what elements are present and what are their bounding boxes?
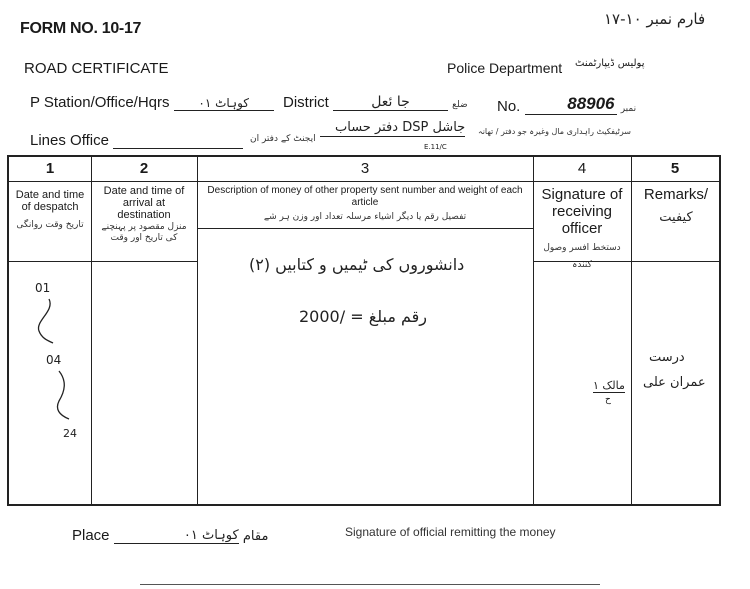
- row-divider: [197, 228, 533, 229]
- place-label: Place: [72, 527, 110, 544]
- remarks-line-1: درست: [649, 350, 685, 365]
- lines-office-right-urdu: سرٹیفکیٹ راہداری مال وغیرہ جو دفتر / تھا…: [478, 127, 631, 136]
- station-label: P Station/Office/Hqrs: [30, 94, 170, 111]
- column-header-despatch: Date and time of despatch تاریخ وقت روان…: [13, 189, 87, 231]
- row-divider: [631, 261, 719, 262]
- column-divider: [631, 157, 632, 504]
- number-value: 88906: [525, 94, 617, 115]
- number-field: No. 88906 نمبر: [497, 94, 636, 115]
- place-urdu-label: مقام: [243, 529, 269, 544]
- column-number-2: 2: [91, 160, 197, 177]
- lines-office-rule: [320, 136, 465, 137]
- number-urdu-label: نمبر: [621, 104, 636, 114]
- row-divider: [9, 181, 719, 182]
- column-number-5: 5: [631, 160, 719, 177]
- column-number-1: 1: [9, 160, 91, 177]
- district-label: District: [283, 94, 329, 111]
- column-number-4: 4: [533, 160, 631, 177]
- remitting-signature-label: Signature of official remitting the mone…: [345, 525, 556, 539]
- form-number: FORM NO. 10-17: [20, 20, 141, 38]
- column-header-remarks: Remarks/ کیفیت: [633, 186, 719, 226]
- column-divider: [533, 157, 534, 504]
- header-text: Date and time of despatch: [13, 189, 87, 213]
- column-divider: [197, 157, 198, 504]
- column-header-description: Description of money of other property s…: [201, 185, 529, 223]
- district-urdu-label: ضلع: [452, 100, 467, 110]
- despatch-value-1: 01: [35, 281, 50, 295]
- signature-value: مالک ۱: [593, 379, 625, 393]
- header-text-urdu: تاریخ وقت روانگی: [13, 219, 87, 231]
- row-divider: [91, 261, 197, 262]
- header-text: Remarks/: [633, 186, 719, 203]
- header-text: Description of money of other property s…: [201, 185, 529, 209]
- column-divider: [91, 157, 92, 504]
- despatch-value-2: 04: [46, 353, 61, 367]
- place-value: کوہاٹ ۰۱: [114, 528, 239, 544]
- bracket-icon: [53, 369, 73, 421]
- column-header-signature: Signature of receiving officer دستخط افس…: [537, 186, 627, 274]
- row-divider: [9, 261, 91, 262]
- bracket-icon: [33, 297, 57, 347]
- description-line-1: (۲) دانشوروں کی ٹیمیں و کتابیں: [249, 255, 464, 274]
- lines-office-urdu-label: ایجنٹ کے دفتر ان: [250, 134, 316, 144]
- lines-office-subvalue: E.11/C: [424, 143, 447, 151]
- place-field: Place کوہاٹ ۰۱ مقام: [72, 527, 268, 544]
- department-label: Police Department: [447, 60, 562, 76]
- despatch-value-3: 24: [63, 427, 77, 440]
- number-label: No.: [497, 98, 520, 115]
- bottom-rule: [140, 584, 600, 585]
- header-text-urdu: منزل مقصود پر پہنچنے کی تاریخ اور وقت: [95, 222, 193, 244]
- department-label-urdu: پولیس ڈیپارٹمنٹ: [575, 58, 644, 69]
- remarks-line-2: عمران علی: [643, 375, 706, 390]
- certificate-table: 1 2 3 4 5 Date and time of despatch تاری…: [7, 155, 721, 506]
- document-title: ROAD CERTIFICATE: [24, 60, 168, 77]
- station-field: P Station/Office/Hqrs کوہاٹ ۰۱: [30, 94, 274, 111]
- column-header-arrival: Date and time of arrival at destination …: [95, 185, 193, 244]
- district-value: جا ئعل: [333, 94, 448, 111]
- header-text: Signature of receiving officer: [537, 186, 627, 237]
- header-text-urdu: کیفیت: [633, 209, 719, 226]
- header-text-urdu: دستخط افسر وصول کنندہ: [537, 240, 627, 274]
- header-text: Date and time of arrival at destination: [95, 185, 193, 221]
- lines-office-field: Lines Office: [30, 131, 243, 149]
- lines-office-blank: [113, 131, 243, 149]
- form-number-urdu: فارم نمبر ۱۰-۱۷: [604, 10, 705, 28]
- lines-office-label: Lines Office: [30, 132, 109, 149]
- district-field: District جا ئعل ضلع: [283, 94, 468, 111]
- lines-office-value: دفتر حساب DSP جاشل: [335, 120, 465, 135]
- description-line-2: رقم مبلغ = /2000: [299, 307, 427, 326]
- signature-subvalue: ح: [605, 395, 611, 405]
- column-number-3: 3: [197, 160, 533, 177]
- header-text-urdu: تفصیل رقم یا دیگر اشیاء مرسلہ تعداد اور …: [201, 211, 529, 223]
- station-value: کوہاٹ ۰۱: [174, 96, 274, 111]
